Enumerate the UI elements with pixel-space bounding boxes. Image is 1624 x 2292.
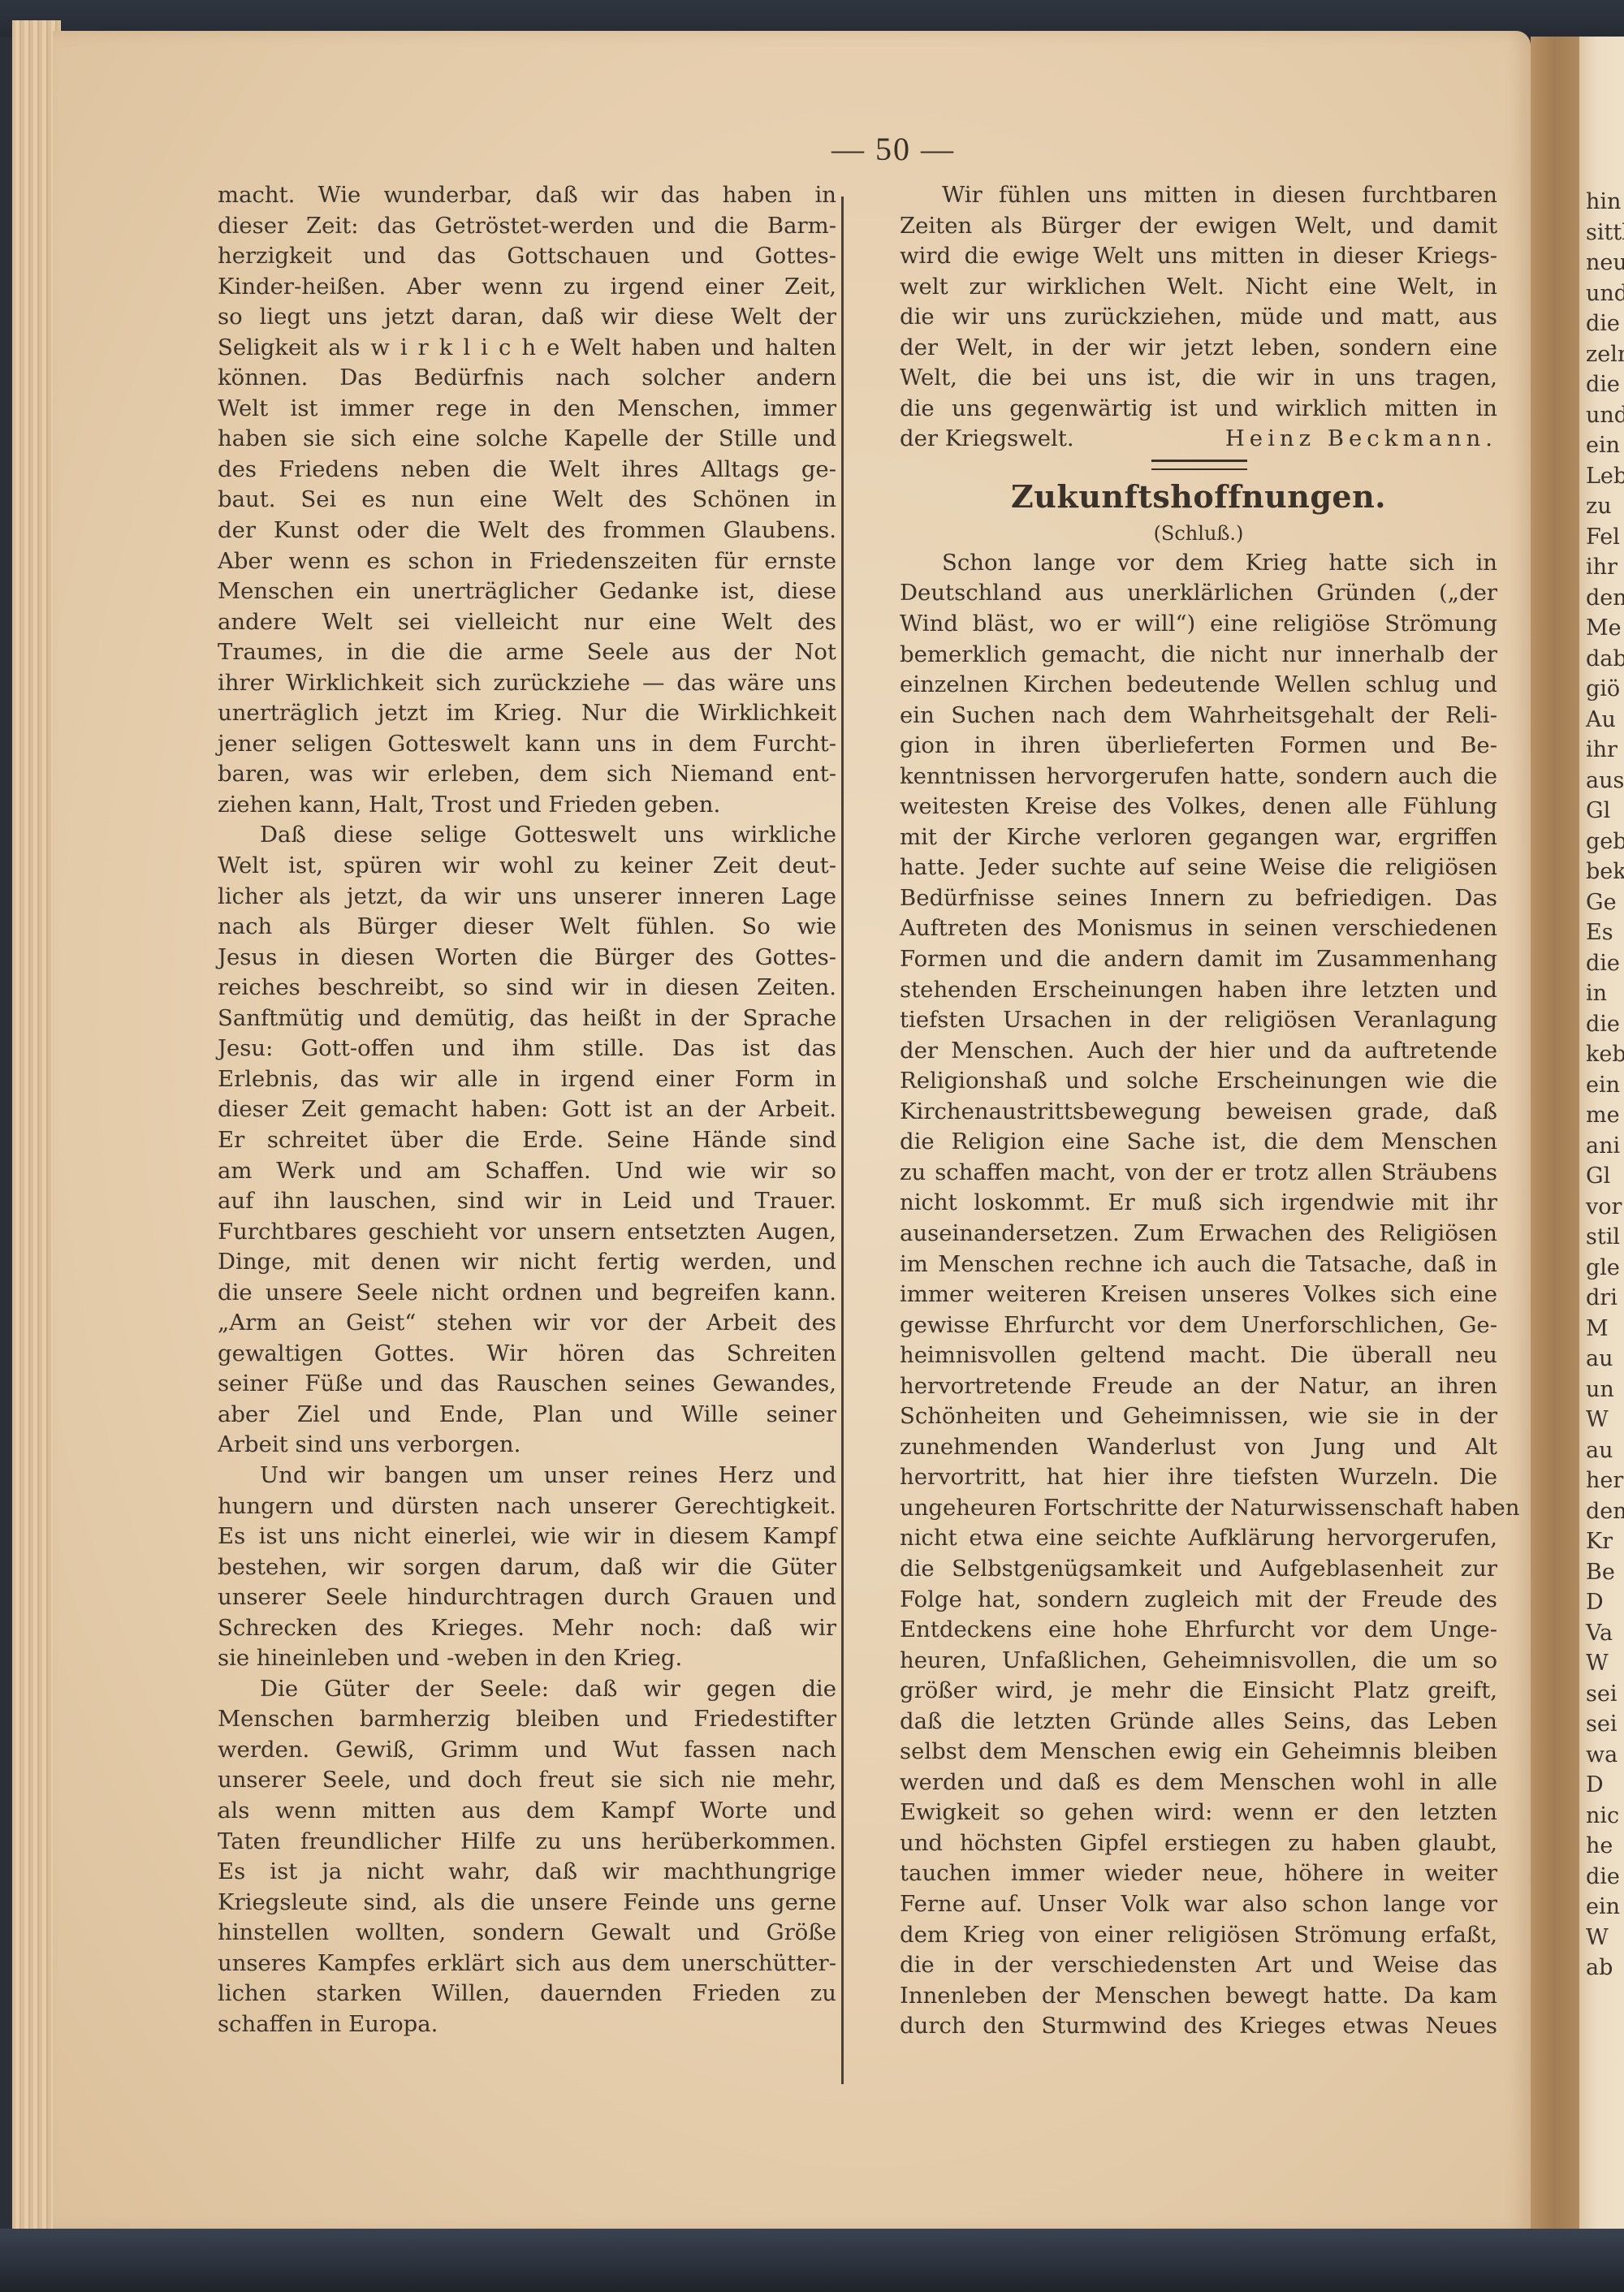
text-line: hatte. Jeder suchte auf seine Weise die …: [900, 852, 1497, 883]
next-page-text-fragment: un: [1579, 1375, 1624, 1405]
next-page-text-fragment: M: [1579, 1314, 1624, 1345]
page-number: — 50 —: [796, 130, 991, 168]
text-line: aber Ziel und Ende, Plan und Wille seine…: [218, 1400, 836, 1431]
text-line: Welt ist immer rege in den Menschen, imm…: [218, 394, 836, 425]
article-title: Zukunftshoffnungen.: [900, 475, 1497, 519]
right-column: Wir fühlen uns mitten in diesen furchtba…: [900, 180, 1497, 2042]
text-line: Daß diese selige Gotteswelt uns wirklich…: [218, 820, 836, 851]
next-page-text-fragment: hin: [1579, 187, 1624, 218]
text-line: im Menschen rechne ich auch die Tatsache…: [900, 1250, 1497, 1280]
next-page-text-fragment: sei: [1579, 1709, 1624, 1740]
text-line: ziehen kann, Halt, Trost und Frieden geb…: [218, 790, 836, 821]
text-line: haben sie sich eine solche Kapelle der S…: [218, 424, 836, 455]
text-line: reiches beschreibt, so sind wir in diese…: [218, 973, 836, 1004]
next-page-text-fragment: die: [1579, 948, 1624, 979]
next-page-text-fragment: die: [1579, 1862, 1624, 1893]
text-line: welt zur wirklichen Welt. Nicht eine Wel…: [900, 272, 1497, 303]
text-line: Taten freundlicher Hilfe zu uns herüberk…: [218, 1827, 836, 1858]
text-line: mit der Kirche verloren gegangen war, er…: [900, 822, 1497, 853]
text-line: Welt, die bei uns ist, die wir in uns tr…: [900, 363, 1497, 394]
column-divider: [841, 196, 844, 2084]
next-page-text-fragment: wa: [1579, 1740, 1624, 1771]
text-line: schaffen in Europa.: [218, 2009, 836, 2040]
text-line: die Religion eine Sache ist, die dem Men…: [900, 1127, 1497, 1158]
text-line: immer weiteren Kreisen unseres Volkes si…: [900, 1280, 1497, 1310]
text-line: auseinandersetzen. Zum Erwachen des Reli…: [900, 1219, 1497, 1250]
text-line: die in der verschiedensten Art und Weise…: [900, 1950, 1497, 1981]
next-page-text-fragment: Kr: [1579, 1526, 1624, 1557]
text-line: Traumes, in die die arme Seele aus der N…: [218, 637, 836, 668]
text-line: nicht loskommt. Er muß sich irgendwie mi…: [900, 1188, 1497, 1219]
text-line: werden. Gewiß, Grimm und Wut fassen nach: [218, 1735, 836, 1766]
next-page-text-fragment: den: [1579, 583, 1624, 614]
text-line: ihrer Wirklichkeit sich zurückziehe — da…: [218, 668, 836, 699]
next-page-text-fragment: ein: [1579, 1070, 1624, 1101]
next-page-text-fragment: he: [1579, 1831, 1624, 1862]
text-line: Entdeckens eine hohe Ehrfurcht vor dem U…: [900, 1615, 1497, 1646]
text-line: Kriegsleute sind, als die unsere Feinde …: [218, 1888, 836, 1919]
next-page-text-fragment: ab: [1579, 1953, 1624, 1983]
text-line: die uns gegenwärtig ist und wirklich mit…: [900, 394, 1497, 425]
next-page-text-fragment: die: [1579, 309, 1624, 339]
text-line: lichen starken Willen, dauernden Frieden…: [218, 1979, 836, 2009]
next-page-text-fragment: Fel: [1579, 522, 1624, 553]
text-line: Deutschland aus unerklärlichen Gründen (…: [900, 578, 1497, 609]
text-line: Er schreitet über die Erde. Seine Hände …: [218, 1125, 836, 1156]
text-line: baren, was wir erleben, dem sich Niemand…: [218, 759, 836, 790]
next-page-text-fragment: Be: [1579, 1557, 1624, 1588]
text-line: können. Das Bedürfnis nach solcher ander…: [218, 363, 836, 394]
text-line: Jesu: Gott-offen und ihm stille. Das ist…: [218, 1034, 836, 1064]
text-line: Jesus in diesen Worten die Bürger des Go…: [218, 943, 836, 973]
text-line: unserer Seele, und doch freut sie sich n…: [218, 1765, 836, 1796]
text-line: bestehen, wir sorgen darum, daß wir die …: [218, 1552, 836, 1583]
text-line: größer wird, je mehr die Einsicht Platz …: [900, 1676, 1497, 1707]
next-page-text-fragment: stil: [1579, 1222, 1624, 1253]
text-line: dieser Zeit gemacht haben: Gott ist an d…: [218, 1094, 836, 1125]
text-line: der Welt, in der wir jetzt leben, sonder…: [900, 333, 1497, 364]
article-continuation: Wir fühlen uns mitten in diesen furchtba…: [900, 180, 1497, 424]
text-line: Wir fühlen uns mitten in diesen furchtba…: [900, 180, 1497, 211]
text-line: Zeiten als Bürger der ewigen Welt, und d…: [900, 211, 1497, 242]
text-line: daß die letzten Gründe alles Seins, das …: [900, 1707, 1497, 1737]
text-line: wird die ewige Welt uns mitten in dieser…: [900, 241, 1497, 272]
next-page-text-fragment: D: [1579, 1770, 1624, 1801]
next-page-text-fragment: bek: [1579, 857, 1624, 887]
text-line: als wenn mitten aus dem Kampf Worte und: [218, 1796, 836, 1827]
text-line: dieser Zeit: das Getröstet-werden und di…: [218, 211, 836, 242]
article-body: Schon lange vor dem Krieg hatte sich inD…: [900, 548, 1497, 2042]
next-page-text-fragment: und: [1579, 278, 1624, 309]
next-page-text-fragment: giö: [1579, 674, 1624, 705]
next-page-text-fragment: ani: [1579, 1131, 1624, 1162]
next-page-text-fragment: W: [1579, 1648, 1624, 1679]
next-page-text-fragment: geb: [1579, 827, 1624, 857]
text-line: Arbeit sind uns verborgen.: [218, 1430, 836, 1461]
text-line: hinstellen wollten, sondern Gewalt und G…: [218, 1918, 836, 1949]
text-line: zu schaffen macht, von der er trotz alle…: [900, 1158, 1497, 1189]
text-line: Es ist ja nicht wahr, daß wir machthungr…: [218, 1857, 836, 1888]
next-page-text-fragment: ihr: [1579, 735, 1624, 766]
next-page-text-fragment: die: [1579, 369, 1624, 400]
text-line: Dinge, mit denen wir nicht fertig werden…: [218, 1247, 836, 1278]
text-line: durch den Sturmwind des Krieges etwas Ne…: [900, 2011, 1497, 2042]
next-page-text-fragment: und: [1579, 400, 1624, 431]
next-page-text-fragment: zu: [1579, 491, 1624, 522]
text-line: macht. Wie wunderbar, daß wir das haben …: [218, 180, 836, 211]
next-page-edge: hinsittlneuunddiezelndieundeinLebzuFelih…: [1579, 37, 1624, 2229]
text-line: Welt ist, spüren wir wohl zu keiner Zeit…: [218, 851, 836, 882]
next-page-text-fragment: her: [1579, 1465, 1624, 1496]
text-line: gewisse Ehrfurcht vor dem Unerforschlich…: [900, 1310, 1497, 1341]
text-line: nach als Bürger dieser Welt fühlen. So w…: [218, 912, 836, 943]
next-page-text-fragment: vor: [1579, 1192, 1624, 1223]
text-line: sie hineinleben und -weben in den Krieg.: [218, 1643, 836, 1674]
next-page-text-fragment: in: [1579, 978, 1624, 1009]
next-page-text-fragment: sittl: [1579, 218, 1624, 248]
text-line: Erlebnis, das wir alle in irgend einer F…: [218, 1064, 836, 1095]
text-line: die wir uns zurückziehen, müde und matt,…: [900, 302, 1497, 333]
next-page-text-fragment: W: [1579, 1405, 1624, 1435]
text-line: Schrecken des Krieges. Mehr noch: daß wi…: [218, 1613, 836, 1644]
text-line: Bedürfnisse seines Innern zu befriedigen…: [900, 883, 1497, 914]
text-line: Es ist uns nicht einerlei, wie wir in di…: [218, 1522, 836, 1552]
section-separator-rule: [1151, 460, 1247, 470]
text-line: Innenleben der Menschen bewegt hatte. Da…: [900, 1981, 1497, 2012]
text-line: so liegt uns jetzt daran, daß wir diese …: [218, 302, 836, 333]
text-line: unseres Kampfes erklärt sich aus dem une…: [218, 1949, 836, 1979]
book-gutter: [1531, 37, 1579, 2229]
next-page-text-fragment: au: [1579, 1435, 1624, 1466]
text-line: die unsere Seele nicht ordnen und begrei…: [218, 1278, 836, 1309]
text-line: Seligkeit als w i r k l i c h e Welt hab…: [218, 333, 836, 364]
text-line: Aber wenn es schon in Friedenszeiten für…: [218, 546, 836, 577]
text-line: gewaltigen Gottes. Wir hören das Schreit…: [218, 1339, 836, 1370]
next-page-text-fragment: Va: [1579, 1618, 1624, 1649]
text-line: hervortritt, hat hier ihre tiefsten Wurz…: [900, 1462, 1497, 1493]
text-line: kenntnissen hervorgerufen hatte, sondern…: [900, 762, 1497, 792]
text-line: und höchsten Gipfel erstiegen zu haben g…: [900, 1828, 1497, 1859]
text-line: heuren, Unfaßlichen, Geheimnisvollen, di…: [900, 1646, 1497, 1677]
next-page-text-fragment: Ge: [1579, 887, 1624, 918]
text-line: tauchen immer wieder neue, höhere in wei…: [900, 1858, 1497, 1889]
text-line: stehenden Erscheinungen haben ihre letzt…: [900, 975, 1497, 1006]
text-line: Ferne auf. Unser Volk war also schon lan…: [900, 1889, 1497, 1920]
text-line: Formen und die andern damit im Zusammenh…: [900, 944, 1497, 975]
next-page-text-fragment: gle: [1579, 1253, 1624, 1284]
next-page-text-fragment: ein: [1579, 430, 1624, 461]
next-page-text-fragment: Au: [1579, 705, 1624, 736]
text-line: weitesten Kreise des Volkes, denen alle …: [900, 792, 1497, 822]
next-page-text-fragment: me: [1579, 1100, 1624, 1131]
text-line: Schon lange vor dem Krieg hatte sich in: [900, 548, 1497, 579]
text-line: auf ihn lauschen, sind wir in Leid und T…: [218, 1186, 836, 1217]
next-page-text-fragment: Gl: [1579, 1161, 1624, 1192]
next-page-text-fragment: dab: [1579, 644, 1624, 675]
text-line: Religionshaß und solche Erscheinungen wi…: [900, 1066, 1497, 1097]
text-line: ein Suchen nach dem Wahrheitsgehalt der …: [900, 701, 1497, 732]
text-line: unserer Seele hindurchtragen durch Graue…: [218, 1582, 836, 1613]
text-line: nicht etwa eine seichte Aufklärung hervo…: [900, 1523, 1497, 1554]
next-page-text-fragment: Gl: [1579, 796, 1624, 827]
text-line: seiner Füße und das Rauschen seines Gewa…: [218, 1369, 836, 1400]
text-line: Sanftmütig und demütig, das heißt in der…: [218, 1004, 836, 1034]
next-page-text-fragment: Leb: [1579, 461, 1624, 492]
next-page-text-fragment: ihr: [1579, 552, 1624, 583]
text-line: jener seligen Gotteswelt kann uns in dem…: [218, 729, 836, 760]
next-page-text-fragment: ein: [1579, 1892, 1624, 1923]
left-column: macht. Wie wunderbar, daß wir das haben …: [218, 180, 836, 2039]
text-line: herzigkeit und das Gottschauen und Gotte…: [218, 241, 836, 272]
next-page-text-fragment: keb: [1579, 1039, 1624, 1070]
next-page-text-fragment: Es: [1579, 917, 1624, 948]
text-line: Furchtbares geschieht vor unsern entsetz…: [218, 1217, 836, 1248]
next-page-text-fragment: au: [1579, 1344, 1624, 1375]
text-line: Kirchenaustrittsbewegung beweisen grade,…: [900, 1097, 1497, 1128]
text-line: dem Krieg von einer religiösen Strömung …: [900, 1920, 1497, 1951]
article-end-row: der Kriegswelt. Heinz Beckmann.: [900, 424, 1497, 455]
text-line: des Friedens neben die Welt ihres Alltag…: [218, 455, 836, 486]
text-line: werden und daß es dem Menschen wohl in a…: [900, 1768, 1497, 1798]
next-page-text-fragment: aus: [1579, 766, 1624, 796]
text-line: Und wir bangen um unser reines Herz und: [218, 1461, 836, 1491]
text-line: andere Welt sei vielleicht nur eine Welt…: [218, 607, 836, 638]
author-signature: Heinz Beckmann.: [1225, 424, 1497, 455]
next-page-text-fragment: neu: [1579, 248, 1624, 278]
article-subtitle: (Schluß.): [900, 519, 1497, 548]
text-line: Menschen barmherzig bleiben und Friedest…: [218, 1704, 836, 1735]
next-page-text-fragment: nic: [1579, 1801, 1624, 1832]
text-line: hervortretende Freude an der Natur, an i…: [900, 1371, 1497, 1402]
text-line: gion in ihren überlieferten Formen und B…: [900, 731, 1497, 762]
text-line: selbst dem Menschen ewig ein Geheimnis b…: [900, 1737, 1497, 1768]
next-page-text-fragment: W: [1579, 1923, 1624, 1953]
next-page-text-fragment: dri: [1579, 1283, 1624, 1314]
text-line: bemerklich gemacht, die nicht nur innerh…: [900, 640, 1497, 671]
text-line: Menschen ein unerträglicher Gedanke ist,…: [218, 576, 836, 607]
next-page-text-fragment: die: [1579, 1009, 1624, 1040]
text-line: Die Güter der Seele: daß wir gegen die: [218, 1674, 836, 1705]
text-line: Kinder-heißen. Aber wenn zu irgend einer…: [218, 272, 836, 303]
text-line: der Kunst oder die Welt des frommen Glau…: [218, 516, 836, 546]
next-page-text-fragment: Me: [1579, 613, 1624, 644]
text-line: „Arm an Geist“ stehen wir vor der Arbeit…: [218, 1308, 836, 1339]
text-line: Auftreten des Monismus in seinen verschi…: [900, 913, 1497, 944]
next-page-text-fragment: D: [1579, 1587, 1624, 1618]
text-line: ungeheuren Fortschritte der Naturwissens…: [900, 1493, 1497, 1524]
book-cover-bottom: [0, 2229, 1624, 2292]
text-line: licher als jetzt, da wir uns unserer inn…: [218, 882, 836, 913]
text-line: hungern und dürsten nach unserer Gerecht…: [218, 1491, 836, 1522]
text-line: zunehmenden Wanderlust von Jung und Alt: [900, 1432, 1497, 1463]
text-line: tiefsten Ursachen in der religiösen Vera…: [900, 1005, 1497, 1036]
text-line: die Selbstgenügsamkeit und Aufgeblasenhe…: [900, 1554, 1497, 1585]
text-line: baut. Sei es nun eine Welt des Schönen i…: [218, 485, 836, 516]
text-line: der Menschen. Auch der hier und da auftr…: [900, 1036, 1497, 1067]
text-line: unerträglich jetzt im Krieg. Nur die Wir…: [218, 698, 836, 729]
next-page-text-fragment: den: [1579, 1496, 1624, 1527]
article-last-line: der Kriegswelt.: [900, 424, 1074, 455]
text-line: Folge hat, sondern zugleich mit der Freu…: [900, 1585, 1497, 1616]
text-line: einzelnen Kirchen bedeutende Wellen schl…: [900, 670, 1497, 701]
text-line: am Werk und am Schaffen. Und wie wir so: [218, 1156, 836, 1187]
next-page-text-fragment: sei: [1579, 1679, 1624, 1710]
text-line: heimnisvollen geltend macht. Die überall…: [900, 1340, 1497, 1371]
text-line: Schönheiten und Geheimnissen, wie sie in…: [900, 1401, 1497, 1432]
text-line: Ewigkeit so gehen wird: wenn er den letz…: [900, 1798, 1497, 1828]
next-page-text-fragment: zeln: [1579, 339, 1624, 370]
text-line: Wind bläst, wo er will“) eine religiöse …: [900, 609, 1497, 640]
